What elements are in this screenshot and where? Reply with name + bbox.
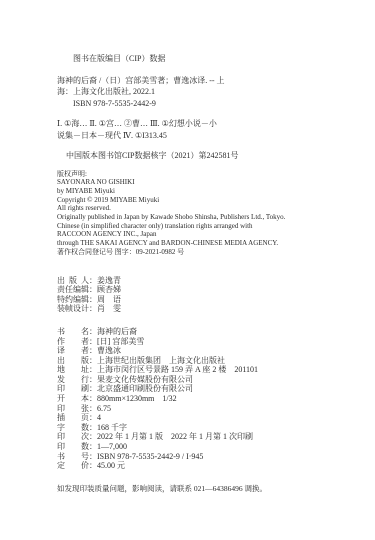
staff-row: 出版人：姜逸青 [57, 276, 329, 286]
cip-entry-line: 海：上海文化出版社, 2022.1 [57, 86, 329, 98]
copyright-registration: 著作权合同登记号 图字：09-2021-0982 号 [57, 248, 329, 257]
quality-note: 如发现印装质量问题，影响阅读，请联系 021—64386496 调换。 [57, 483, 329, 494]
publication-row-value: 北京盛通印刷股份有限公司 [97, 384, 193, 393]
publication-row-value: 880mm×1230mm 1/32 [97, 394, 177, 403]
copyright-line: through THE SAKAI AGENCY and BARDON-CHIN… [57, 239, 329, 248]
row-colon: ： [89, 276, 97, 285]
cip-class-line: 说集－日本－现代 Ⅳ. ①I313.45 [57, 130, 329, 142]
publication-row-label: 书号 [57, 452, 89, 462]
row-colon: ： [89, 295, 97, 304]
row-colon: ： [89, 346, 97, 355]
cip-entry-line: 海神的后裔 /（日）宫部美雪著；曹逸冰译. -- 上 [57, 75, 329, 87]
row-colon: ： [89, 394, 97, 403]
row-colon: ： [89, 413, 97, 422]
publication-row: 书号：ISBN 978-7-5535-2442-9 / I·945 [57, 452, 329, 462]
publication-row: 插页：4 [57, 413, 329, 423]
publication-section: 书名：海神的后裔 作者：[日] 宫部美雪 译者：曹逸冰 出版：上海世纪出版集团 … [57, 327, 329, 471]
publication-row-value: 2022 年 1 月第 1 版 2022 年 1 月第 1 次印刷 [97, 432, 253, 441]
staff-row-label: 装帧设计 [57, 304, 89, 314]
publication-row: 译者：曹逸冰 [57, 346, 329, 356]
publication-row-value: 168 千字 [97, 423, 127, 432]
copyright-line: Chinese (in simplified character only) t… [57, 222, 329, 231]
publication-row-label: 开本 [57, 394, 89, 404]
publication-row-label: 书名 [57, 327, 89, 337]
publication-row-label: 印刷 [57, 384, 89, 394]
copyright-line: RACCOON AGENCY INC., Japan [57, 230, 329, 239]
publication-row-label: 译者 [57, 346, 89, 356]
staff-row-value: 顾杏娣 [97, 285, 121, 294]
publication-row-value: 1—7,000 [97, 442, 127, 451]
copyright-notice-section: 版权声明: SAYONARA NO GISHIKI by MIYABE Miyu… [57, 170, 329, 257]
publication-row-label: 作者 [57, 337, 89, 347]
publication-row: 印刷：北京盛通印刷股份有限公司 [57, 384, 329, 394]
row-colon: ： [89, 461, 97, 470]
publication-row-value: 海神的后裔 [97, 327, 137, 336]
publication-row-value: ISBN 978-7-5535-2442-9 / I·945 [97, 452, 203, 461]
cip-record-number: 中国版本图书馆CIP数据核字（2021）第242581号 [57, 150, 329, 162]
publication-row: 开本：880mm×1230mm 1/32 [57, 394, 329, 404]
publication-row: 字数：168 千字 [57, 423, 329, 433]
copyright-line: Copyright © 2019 MIYABE Miyuki [57, 196, 329, 205]
row-colon: ： [89, 365, 97, 374]
publication-row-label: 出版 [57, 356, 89, 366]
staff-row: 特约编辑：周 语 [57, 295, 329, 305]
staff-row-value: 周 语 [97, 295, 121, 304]
publication-row: 出版：上海世纪出版集团 上海文化出版社 [57, 356, 329, 366]
copyright-lines: SAYONARA NO GISHIKI by MIYABE Miyuki Cop… [57, 178, 329, 248]
book-copyright-page: 图书在版编目（CIP）数据 海神的后裔 /（日）宫部美雪著；曹逸冰译. -- 上… [0, 0, 375, 540]
cip-classification: Ⅰ. ①海… Ⅱ. ①宫… ②曹… Ⅲ. ①幻想小说－小 说集－日本－现代 Ⅳ.… [57, 118, 329, 141]
staff-row-label: 特约编辑 [57, 295, 89, 305]
cip-entry: 海神的后裔 /（日）宫部美雪著；曹逸冰译. -- 上 海：上海文化出版社, 20… [57, 75, 329, 98]
publication-row-label: 字数 [57, 423, 89, 433]
publication-row-value: 曹逸冰 [97, 346, 121, 355]
copyright-line: by MIYABE Miyuki [57, 187, 329, 196]
cip-section: 图书在版编目（CIP）数据 海神的后裔 /（日）宫部美雪著；曹逸冰译. -- 上… [57, 53, 329, 162]
row-colon: ： [89, 384, 97, 393]
publication-row-value: [日] 宫部美雪 [97, 337, 144, 346]
row-colon: ： [89, 327, 97, 336]
publication-row: 印张：6.75 [57, 404, 329, 414]
row-colon: ： [89, 432, 97, 441]
row-colon: ： [89, 337, 97, 346]
cip-header: 图书在版编目（CIP）数据 [57, 53, 329, 65]
publication-row-value: 果麦文化传媒股份有限公司 [97, 375, 193, 384]
row-colon: ： [89, 304, 97, 313]
copyright-line: All rights reserved. [57, 204, 329, 213]
publication-row-value: 上海市闵行区号景路 159 弄 A 座 2 楼 201101 [97, 365, 258, 374]
publication-row-label: 地址 [57, 365, 89, 375]
staff-row-value: 姜逸青 [97, 276, 121, 285]
publication-row-label: 印张 [57, 404, 89, 414]
copyright-heading: 版权声明: [57, 170, 329, 179]
staff-row: 装帧设计：肖 雯 [57, 304, 329, 314]
row-colon: ： [89, 375, 97, 384]
staff-row: 责任编辑：顾杏娣 [57, 285, 329, 295]
staff-row-label: 出版人 [57, 276, 89, 286]
row-colon: ： [89, 442, 97, 451]
publication-row-value: 4 [97, 413, 101, 422]
publication-row-value: 6.75 [97, 404, 111, 413]
publication-row: 印数：1—7,000 [57, 442, 329, 452]
publication-row-label: 定价 [57, 461, 89, 471]
row-colon: ： [89, 404, 97, 413]
staff-section: 出版人：姜逸青 责任编辑：顾杏娣 特约编辑：周 语 装帧设计：肖 雯 [57, 276, 329, 314]
publication-row-label: 印数 [57, 442, 89, 452]
publication-row-value: 上海世纪出版集团 上海文化出版社 [97, 356, 225, 365]
copyright-line: SAYONARA NO GISHIKI [57, 178, 329, 187]
publication-row-label: 插页 [57, 413, 89, 423]
row-colon: ： [89, 423, 97, 432]
publication-row: 定价：45.00 元 [57, 461, 329, 471]
staff-row-value: 肖 雯 [97, 304, 121, 313]
publication-row-value: 45.00 元 [97, 461, 125, 470]
cip-class-line: Ⅰ. ①海… Ⅱ. ①宫… ②曹… Ⅲ. ①幻想小说－小 [57, 118, 329, 130]
publication-row: 书名：海神的后裔 [57, 327, 329, 337]
staff-row-label: 责任编辑 [57, 285, 89, 295]
row-colon: ： [89, 356, 97, 365]
row-colon: ： [89, 452, 97, 461]
publication-row-label: 印次 [57, 432, 89, 442]
isbn-line: ISBN 978-7-5535-2442-9 [57, 98, 329, 110]
row-colon: ： [89, 285, 97, 294]
publication-row: 印次：2022 年 1 月第 1 版 2022 年 1 月第 1 次印刷 [57, 432, 329, 442]
publication-row: 作者：[日] 宫部美雪 [57, 337, 329, 347]
copyright-line: Originally published in Japan by Kawade … [57, 213, 329, 222]
publication-row: 地址：上海市闵行区号景路 159 弄 A 座 2 楼 201101 [57, 365, 329, 375]
